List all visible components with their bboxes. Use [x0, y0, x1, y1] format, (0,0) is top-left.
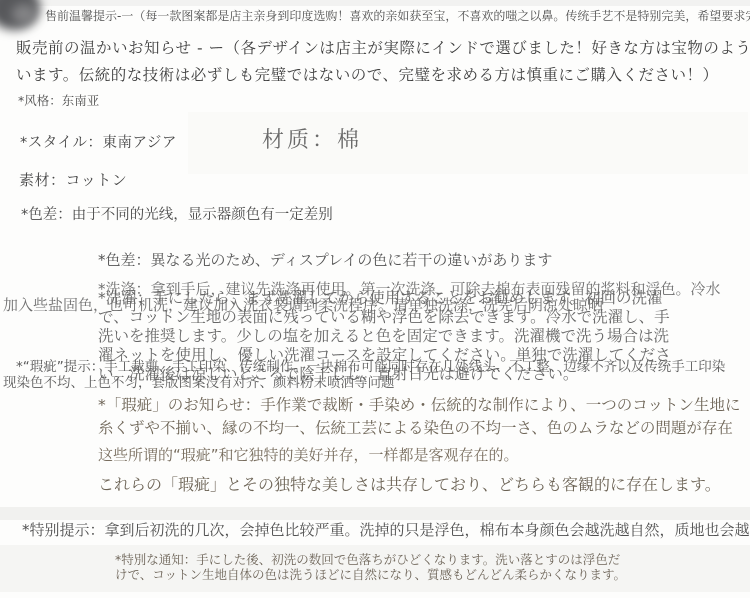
flaw-notice-jp-line2: 糸くずや不揃い、縁の不均一、伝統工芸による染色の不均一さ、色のムラなどの問題が存…	[98, 419, 733, 439]
corner-smudge-blob-highlight	[12, 4, 36, 24]
special-note-jp-line1: *特別な通知：手にした後、初洗の数回で色落ちがひどくなります。洗い落とすのは浮色…	[115, 552, 620, 568]
washing-note-jp-line2: で、コットン生地の表面に残っている糊や浮色を除去できます。冷水で洗濯し、手	[98, 308, 670, 328]
product-description-panel: 售前温馨提示-一（每一款图案都是店主亲身到印度选购！喜欢的亲如获至宝，不喜欢的嗤…	[0, 0, 750, 598]
color-difference-jp: *色差：異なる光のため、ディスプレイの色に若干の違いがあります	[98, 251, 552, 270]
presale-note-jp-line1: 販売前の温かいお知らせ - ー（各デザインは店主が実際にインドで選びました！好き…	[16, 39, 750, 59]
special-note-jp-line2: けで、コットン生地自体の色は洗うほどに自然になり、質感もどんどん柔らかくなります…	[115, 567, 626, 583]
flaw-beauty-note-jp: これらの「瑕疵」とその独特な美しさは共存しており、どちらも客観的に存在します。	[98, 475, 721, 495]
background-band-top	[0, 0, 750, 6]
flaw-notice-cn-line1: *“瑕疵”提示：手工裁剪、手工印染、传统制作。一块棉布可能同时存在几处线头、不工…	[16, 359, 725, 376]
special-note-cn: *特别提示：拿到后初洗的几次，会掉色比较严重。洗掉的只是浮色，棉布本身颜色会越洗…	[22, 521, 750, 540]
flaw-notice-cn-line2: 现染色不均、上色不匀，套版图案没有对齐、颜料粉末喷洒等问题	[3, 375, 395, 392]
presale-note-jp-line2: います。伝統的な技術は必ずしも完璧ではないので、完璧を求める方は慎重にご購入くだ…	[16, 66, 718, 86]
style-label-jp: *スタイル：東南アジア	[20, 134, 177, 153]
color-difference-cn: *色差：由于不同的光线，显示器颜色有一定差别	[21, 206, 333, 225]
material-label-cn: 材质：棉	[262, 127, 362, 155]
style-label-cn: *风格：东南亚	[18, 93, 99, 109]
washing-note-jp-line1: *洗濯：手にしたら、まず洗濯してから使用することをお勧めします。初回の洗濯	[98, 289, 663, 309]
washing-note-jp-line3: 洗いを推奨します。少しの塩を加えると色を固定できます。洗濯機で洗う場合は洗	[98, 327, 669, 347]
flaw-notice-jp-line1: *「瑕疵」のお知らせ：手作業で裁断・手染め・伝統的な制作により、一つのコットン生…	[98, 396, 740, 416]
background-band-middle	[0, 507, 750, 520]
material-label-jp: 素材：コットン	[19, 171, 127, 190]
flaw-beauty-note-cn: 这些所谓的“瑕疵”和它独特的美好并存，一样都是客观存在的。	[98, 446, 519, 465]
presale-note-cn: 售前温馨提示-一（每一款图案都是店主亲身到印度选购！喜欢的亲如获至宝，不喜欢的嗤…	[45, 9, 750, 24]
